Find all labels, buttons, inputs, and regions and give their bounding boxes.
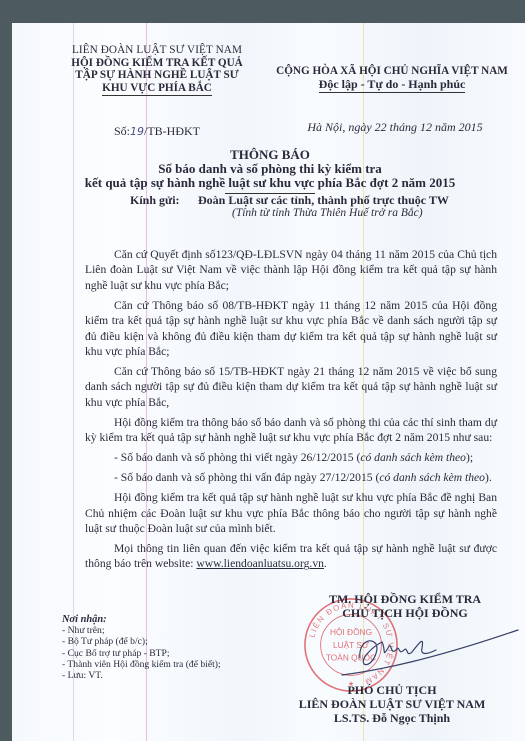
body-request-paragraph: Hội đồng kiểm tra kết quả tập sự hành ng… bbox=[85, 490, 497, 536]
website-end: . bbox=[324, 557, 327, 570]
bullet-written-exam: - Số báo danh và số phòng thi viết ngày … bbox=[85, 450, 497, 465]
council-name-line-2: TẬP SỰ HÀNH NGHỀ LUẬT SƯ bbox=[62, 69, 252, 82]
signature-authority: TM. HỘI ĐỒNG KIỂM TRA CHỦ TỊCH HỘI ĐỒNG bbox=[290, 592, 520, 620]
national-header: CỘNG HÒA XÃ HỘI CHỦ NGHĨA VIỆT NAM Độc l… bbox=[262, 65, 522, 93]
recipient-item: - Lưu: VT. bbox=[62, 670, 221, 681]
recipients-list: Nơi nhận: - Như trên; - Bộ Tư pháp (để b… bbox=[62, 614, 221, 681]
bullet-end: ); bbox=[466, 451, 473, 464]
national-motto: Độc lập - Tự do - Hạnh phúc bbox=[319, 78, 466, 93]
council-name-line-3: KHU VỰC PHÍA BẮC bbox=[102, 82, 212, 97]
document-body: Căn cứ Quyết định số123/QĐ-LĐLSVN ngày 0… bbox=[85, 247, 497, 576]
recipient-item: - Thành viên Hội đồng kiểm tra (để biết)… bbox=[62, 659, 221, 670]
on-behalf-of: TM. HỘI ĐỒNG KIỂM TRA bbox=[290, 592, 520, 606]
body-website-paragraph: Mọi thông tin liên quan đến việc kiểm tr… bbox=[85, 541, 497, 572]
body-paragraph: Căn cứ Thông báo số 08/TB-HĐKT ngày 11 t… bbox=[85, 298, 497, 360]
bullet-text: - Số báo danh và số phòng thi vấn đáp ng… bbox=[114, 471, 379, 484]
recipients-heading: Nơi nhận: bbox=[62, 614, 221, 625]
document-number-suffix: /TB-HĐKT bbox=[144, 124, 200, 138]
handwritten-signature bbox=[340, 628, 520, 678]
signer-role: CHỦ TỊCH HỘI ĐỒNG bbox=[290, 606, 520, 620]
body-paragraph: Hội đồng kiểm tra thông báo số báo danh … bbox=[85, 415, 497, 446]
addressee-note: (Tính từ tỉnh Thừa Thiên Huế trở ra Bắc) bbox=[232, 207, 423, 219]
bullet-oral-exam: - Số báo danh và số phòng thi vấn đáp ng… bbox=[85, 470, 497, 485]
signer-organization: LIÊN ĐOÀN LUẬT SƯ VIỆT NAM bbox=[262, 697, 522, 711]
addressee: Đoàn Luật sư các tỉnh, thành phố trực th… bbox=[198, 193, 449, 208]
bullet-italic-note: có danh sách kèm theo bbox=[379, 471, 485, 484]
bullet-text: - Số báo danh và số phòng thi viết ngày … bbox=[114, 451, 360, 464]
recipient-item: - Bộ Tư pháp (để b/c); bbox=[62, 636, 221, 647]
document-title: THÔNG BÁO Số báo danh và số phòng thi kỳ… bbox=[40, 148, 500, 194]
signer-name: LS.TS. Đỗ Ngọc Thịnh bbox=[262, 711, 522, 725]
bullet-end: ). bbox=[485, 471, 492, 484]
addressee-label: Kính gửi: bbox=[130, 193, 180, 208]
website-link[interactable]: www.liendoanluatsu.org.vn bbox=[196, 557, 324, 570]
title-line-1: Số báo danh và số phòng thi kỳ kiểm tra bbox=[40, 162, 500, 176]
document-number: Số:19/TB-HĐKT bbox=[62, 124, 252, 139]
council-name-line-1: HỘI ĐỒNG KIỂM TRA KẾT QUẢ bbox=[62, 57, 252, 70]
document-number-prefix: Số: bbox=[114, 124, 130, 138]
signer-details: PHÓ CHỦ TỊCH LIÊN ĐOÀN LUẬT SƯ VIỆT NAM … bbox=[262, 683, 522, 725]
recipient-item: - Cục Bổ trợ tư pháp - BTP; bbox=[62, 648, 221, 659]
recipient-item: - Như trên; bbox=[62, 625, 221, 636]
signer-title: PHÓ CHỦ TỊCH bbox=[262, 683, 522, 697]
bullet-italic-note: có danh sách kèm theo bbox=[360, 451, 466, 464]
title-line-2: kết quả tập sự hành nghề luật sư khu vực… bbox=[40, 176, 500, 190]
issuing-organization-header: LIÊN ĐOÀN LUẬT SƯ VIỆT NAM HỘI ĐỒNG KIỂM… bbox=[62, 44, 252, 96]
place-and-date: Hà Nội, ngày 22 tháng 12 năm 2015 bbox=[280, 120, 510, 135]
document-number-handwritten: 19 bbox=[130, 125, 144, 138]
body-paragraph: Căn cứ Thông báo số 15/TB-HĐKT ngày 21 t… bbox=[85, 364, 497, 410]
title-main: THÔNG BÁO bbox=[40, 148, 500, 162]
federation-name: LIÊN ĐOÀN LUẬT SƯ VIỆT NAM bbox=[62, 44, 252, 57]
body-paragraph: Căn cứ Quyết định số123/QĐ-LĐLSVN ngày 0… bbox=[85, 247, 497, 293]
